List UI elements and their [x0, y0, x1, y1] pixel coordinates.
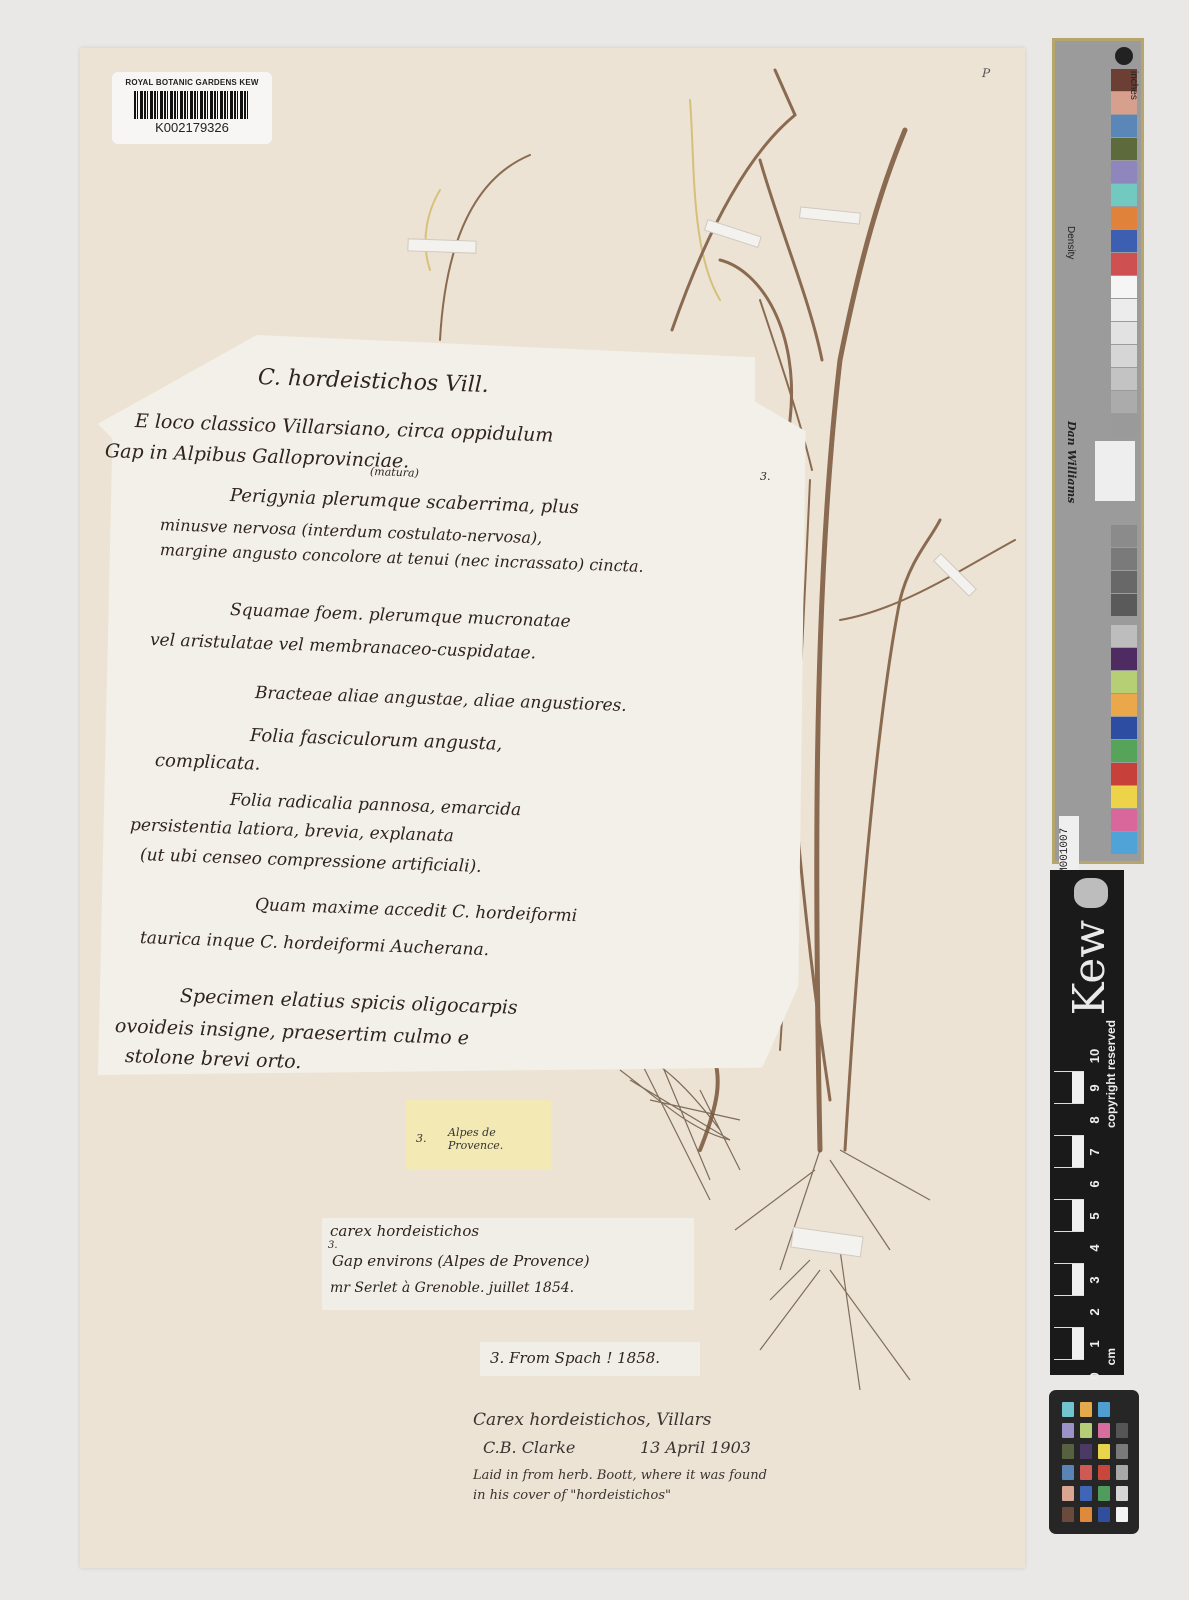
- checker-patch: [1062, 1465, 1074, 1480]
- source-slip: 3. From Spach ! 1858.: [480, 1342, 700, 1376]
- color-swatch: [1111, 253, 1137, 275]
- color-swatch: [1111, 138, 1137, 160]
- source-text: 3. From Spach ! 1858.: [490, 1349, 660, 1367]
- color-swatch: [1111, 648, 1137, 670]
- color-swatch: [1111, 299, 1137, 321]
- checker-patch: [1098, 1465, 1110, 1480]
- checker-patch: [1080, 1486, 1092, 1501]
- envelope-text-line: Provence.: [448, 1139, 503, 1152]
- color-swatch: [1111, 230, 1137, 252]
- color-swatch: [1111, 786, 1137, 808]
- checker-patch: [1080, 1444, 1092, 1459]
- scale-number: 7: [1079, 1143, 1111, 1161]
- note-line: (matura): [370, 465, 419, 480]
- collector-slip: carex hordeistichos 3. Gap environs (Alp…: [322, 1218, 694, 1310]
- cm-scale-numbers: 109876543210: [1086, 1040, 1104, 1370]
- scale-number: 2: [1079, 1303, 1111, 1321]
- color-swatch: [1111, 322, 1137, 344]
- slip-line: carex hordeistichos: [330, 1222, 479, 1240]
- determination-note: Laid in from herb. Boott, where it was f…: [473, 1468, 767, 1483]
- slip-line: mr Serlet à Grenoble. juillet 1854.: [330, 1280, 574, 1296]
- scale-number: 9: [1079, 1079, 1111, 1097]
- envelope-text: Alpes de Provence.: [448, 1126, 503, 1152]
- inches-label: inches: [1128, 71, 1139, 100]
- color-swatch: [1111, 391, 1137, 413]
- checker-patch: [1116, 1486, 1128, 1501]
- note-margin-number: 3.: [760, 470, 771, 483]
- color-checker-card: [1049, 1390, 1139, 1534]
- sheet-corner-mark: P: [982, 66, 991, 80]
- color-swatch: [1111, 694, 1137, 716]
- institution-name: ROYAL BOTANIC GARDENS KEW: [112, 78, 272, 87]
- color-swatch: [1111, 207, 1137, 229]
- slip-number: 3.: [328, 1240, 338, 1251]
- determiner-name: C.B. Clarke: [483, 1438, 575, 1457]
- checker-patch: [1098, 1423, 1110, 1438]
- checker-patch: [1080, 1423, 1092, 1438]
- vendor-name: Dan Williams: [1065, 421, 1078, 503]
- institution-barcode-label: ROYAL BOTANIC GARDENS KEW K002179326: [112, 72, 272, 144]
- unit-label: cm: [1104, 1348, 1118, 1365]
- determination-note: in his cover of "hordeistichos": [473, 1488, 671, 1503]
- kew-crest-icon: [1074, 878, 1108, 908]
- checker-patch: [1098, 1507, 1110, 1522]
- color-swatch: [1111, 571, 1137, 593]
- note-line: complicata.: [155, 750, 261, 775]
- barcode-number: K002179326: [112, 120, 272, 135]
- resolution-target: [1095, 441, 1135, 501]
- scale-number: 4: [1079, 1239, 1111, 1257]
- color-swatch: [1111, 548, 1137, 570]
- checker-patch: [1080, 1465, 1092, 1480]
- checker-patch: [1098, 1402, 1110, 1417]
- checker-patch: [1098, 1444, 1110, 1459]
- color-swatch: [1111, 276, 1137, 298]
- checker-patch: [1062, 1507, 1074, 1522]
- color-calibration-bar: M001007 Dan Williams Density inches: [1052, 38, 1144, 864]
- envelope-number: 3.: [416, 1132, 427, 1145]
- envelope-text-line: Alpes de: [448, 1126, 503, 1139]
- checker-patch: [1098, 1486, 1110, 1501]
- checker-patch: [1116, 1465, 1128, 1480]
- color-swatch: [1111, 671, 1137, 693]
- color-swatch: [1111, 368, 1137, 390]
- color-swatch: [1111, 594, 1137, 616]
- color-swatch: [1111, 763, 1137, 785]
- checker-patch: [1116, 1444, 1128, 1459]
- checker-patch: [1062, 1486, 1074, 1501]
- checker-patch: [1062, 1423, 1074, 1438]
- color-swatch: [1111, 832, 1137, 854]
- scale-number: 0: [1079, 1367, 1111, 1385]
- determination-name: Carex hordeistichos, Villars: [473, 1410, 712, 1430]
- checker-patch: [1080, 1402, 1092, 1417]
- color-swatch: [1111, 115, 1137, 137]
- scale-number: 6: [1079, 1175, 1111, 1193]
- color-swatch: [1111, 809, 1137, 831]
- color-swatch: [1111, 414, 1137, 436]
- determination-date: 13 April 1903: [640, 1438, 751, 1457]
- checker-patch: [1116, 1507, 1128, 1522]
- checker-patch: [1062, 1444, 1074, 1459]
- color-swatch: [1111, 525, 1137, 547]
- target-dot-icon: [1115, 47, 1133, 65]
- barcode-icon: [134, 91, 250, 119]
- slip-line: Gap environs (Alpes de Provence): [332, 1252, 590, 1270]
- density-label: Density: [1065, 226, 1076, 259]
- scale-number: 10: [1079, 1047, 1111, 1065]
- color-swatch: [1111, 625, 1137, 647]
- color-swatch: [1111, 184, 1137, 206]
- kew-scale-bar: Kew copyright reserved 109876543210 cm: [1050, 870, 1124, 1375]
- checker-patch: [1080, 1507, 1092, 1522]
- color-swatch: [1111, 717, 1137, 739]
- kew-logo: Kew: [1064, 920, 1115, 1015]
- color-swatch: [1111, 161, 1137, 183]
- checker-patch: [1116, 1423, 1128, 1438]
- color-swatch: [1111, 345, 1137, 367]
- checker-patch: [1062, 1402, 1074, 1417]
- scale-number: 3: [1079, 1271, 1111, 1289]
- envelope-label: 3. Alpes de Provence.: [406, 1100, 551, 1170]
- scale-number: 8: [1079, 1111, 1111, 1129]
- color-swatch: [1111, 740, 1137, 762]
- scale-number: 5: [1079, 1207, 1111, 1225]
